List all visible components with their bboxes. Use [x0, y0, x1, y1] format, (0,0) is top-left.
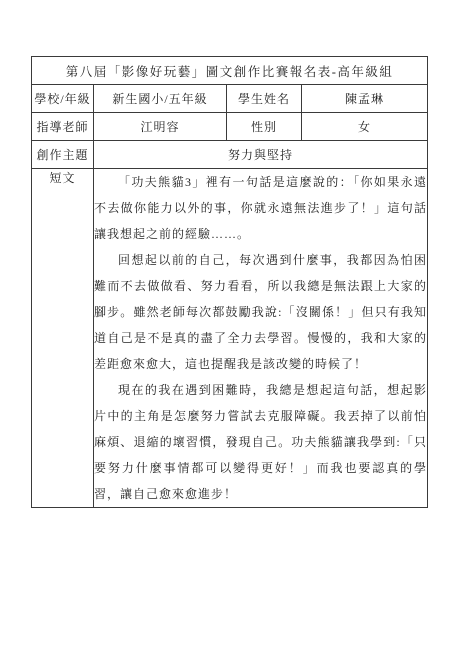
gender-label: 性別 [227, 113, 302, 141]
title-row: 第八屆「影像好玩藝」圖文創作比賽報名表-高年級組 [32, 57, 428, 85]
school-row: 學校/年級 新生國小/五年級 學生姓名 陳孟琳 [32, 85, 428, 113]
essay-row: 短文 「功夫熊貓3」裡有一句話是這麼說的：「你如果永遠不去做你能力以外的事，你就… [32, 169, 428, 508]
advisor-value: 江明容 [94, 113, 227, 141]
theme-row: 創作主題 努力與堅持 [32, 141, 428, 169]
school-grade-label: 學校/年級 [32, 85, 94, 113]
advisor-label: 指導老師 [32, 113, 94, 141]
essay-paragraph-1: 「功夫熊貓3」裡有一句話是這麼說的：「你如果永遠不去做你能力以外的事，你就永遠無… [94, 169, 427, 247]
registration-form-table: 第八屆「影像好玩藝」圖文創作比賽報名表-高年級組 學校/年級 新生國小/五年級 … [31, 56, 428, 508]
essay-paragraph-2: 回想起以前的自己，每次遇到什麼事，我都因為怕困難而不去做做看、努力看看，所以我總… [94, 247, 427, 377]
gender-value: 女 [302, 113, 428, 141]
essay-body: 「功夫熊貓3」裡有一句話是這麼說的：「你如果永遠不去做你能力以外的事，你就永遠無… [94, 169, 428, 508]
advisor-row: 指導老師 江明容 性別 女 [32, 113, 428, 141]
school-grade-value: 新生國小/五年級 [94, 85, 227, 113]
theme-label: 創作主題 [32, 141, 94, 169]
student-name-label: 學生姓名 [227, 85, 302, 113]
essay-paragraph-3: 現在的我在遇到困難時，我總是想起這句話，想起影片中的主角是怎麼努力嘗試去克服障礙… [94, 377, 427, 507]
student-name-value: 陳孟琳 [302, 85, 428, 113]
essay-label: 短文 [32, 169, 94, 508]
form-title: 第八屆「影像好玩藝」圖文創作比賽報名表-高年級組 [32, 57, 428, 85]
scanned-form-page: 第八屆「影像好玩藝」圖文創作比賽報名表-高年級組 學校/年級 新生國小/五年級 … [0, 0, 458, 648]
theme-value: 努力與堅持 [94, 141, 428, 169]
